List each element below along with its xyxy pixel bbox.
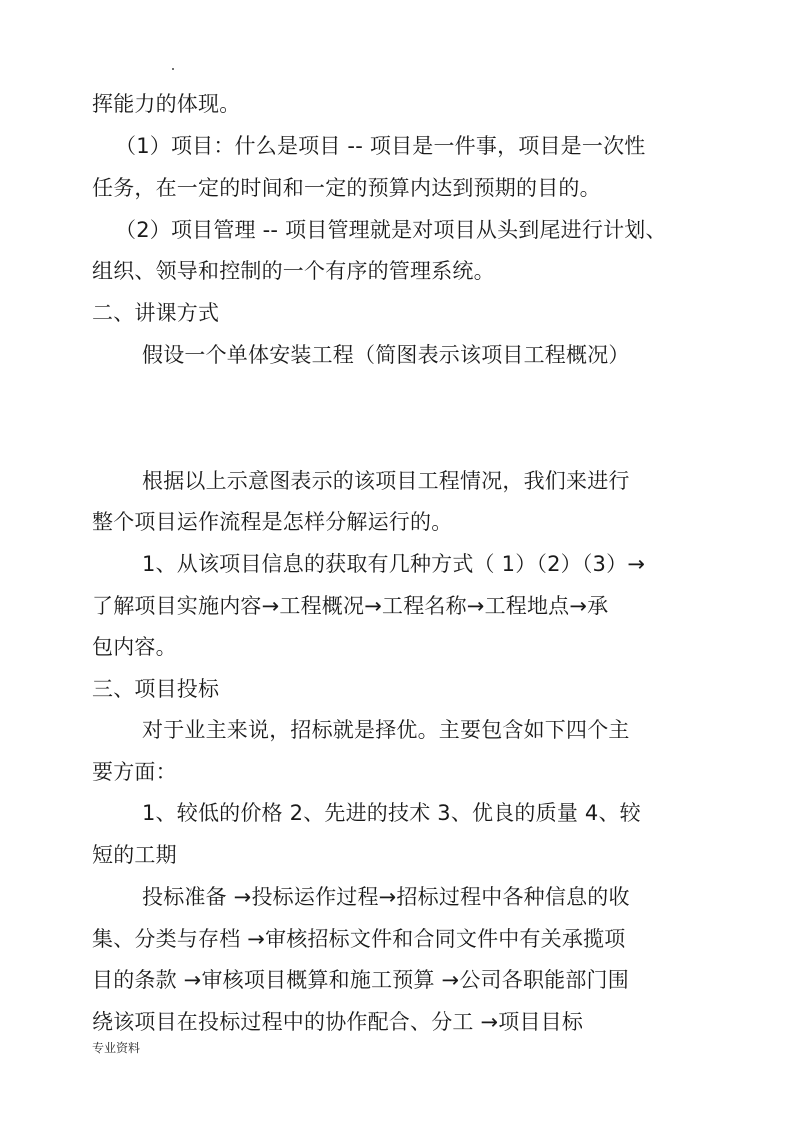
text-line: 1、较低的价格 2、先进的技术 3、优良的质量 4、较: [142, 799, 641, 827]
text-line: 短的工期: [92, 841, 177, 869]
text-line: 对于业主来说，招标就是择优。主要包含如下四个主: [142, 716, 630, 744]
section-heading: 三、项目投标: [92, 675, 219, 703]
text-line: （1）项目：什么是项目 -- 项目是一件事，项目是一次性: [115, 132, 645, 160]
page-footer: 专业资料: [92, 1040, 140, 1056]
text-line: 根据以上示意图表示的该项目工程情况，我们来进行: [142, 467, 630, 495]
page-mark-dot: [172, 68, 174, 70]
section-heading: 二、讲课方式: [92, 299, 219, 327]
text-line: 了解项目实施内容→工程概况→工程名称→工程地点→承: [92, 592, 608, 620]
text-line: 假设一个单体安装工程（简图表示该项目工程概况）: [142, 341, 630, 369]
text-line: 包内容。: [92, 633, 177, 661]
text-line: 投标准备 →投标运作过程→招标过程中各种信息的收: [142, 883, 630, 911]
text-line: 集、分类与存档 →审核招标文件和合同文件中有关承揽项: [92, 925, 625, 953]
text-line: 要方面：: [92, 758, 177, 786]
text-line: 绕该项目在投标过程中的协作配合、分工 →项目目标: [92, 1008, 583, 1036]
text-line: 整个项目运作流程是怎样分解运行的。: [92, 508, 452, 536]
text-line: （2）项目管理 -- 项目管理就是对项目从头到尾进行计划、: [115, 216, 667, 244]
text-line: 任务，在一定的时间和一定的预算内达到预期的目的。: [92, 174, 601, 202]
text-line: 1、从该项目信息的获取有几种方式（ 1）（2）（3）→: [142, 550, 645, 578]
text-line: 挥能力的体现。: [92, 90, 240, 118]
text-line: 组织、领导和控制的一个有序的管理系统。: [92, 257, 495, 285]
document-page: 挥能力的体现。 （1）项目：什么是项目 -- 项目是一件事，项目是一次性 任务，…: [0, 0, 792, 1122]
text-line: 目的条款 →审核项目概算和施工预算 →公司各职能部门围: [92, 966, 629, 994]
